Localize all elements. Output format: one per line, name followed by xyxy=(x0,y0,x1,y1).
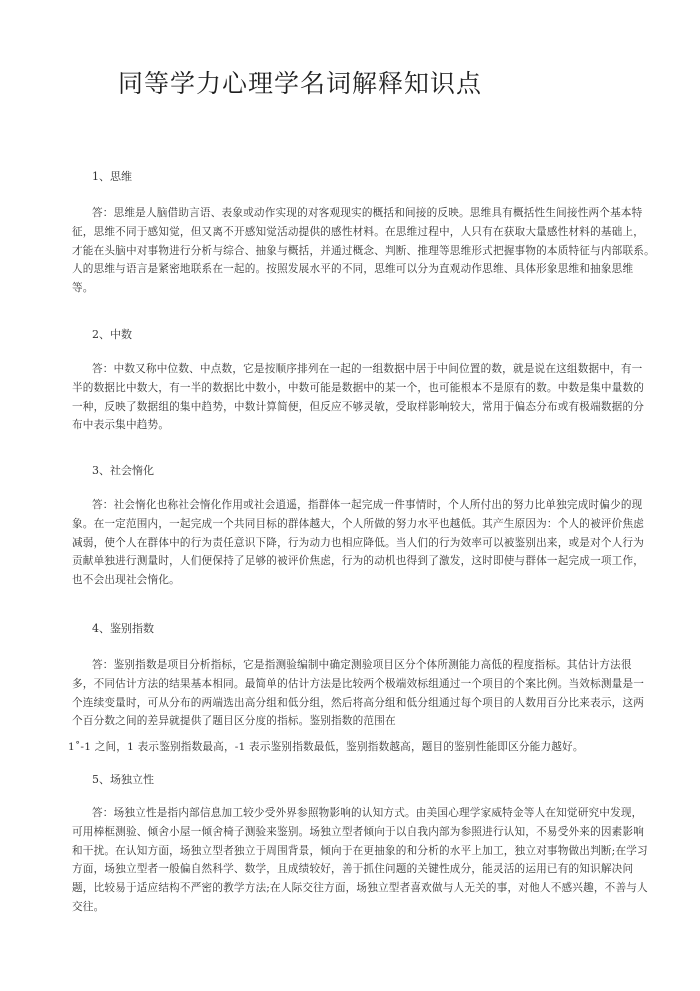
section-heading-field-independence: 5、场独立性 xyxy=(92,771,154,787)
section-body-social-loafing: 答：社会惰化也称社会惰化作用或社会逍遥，指群体一起完成一件事情时，个人所付出的努… xyxy=(72,496,650,590)
section-body-discrimination-index-tail: 1˚-1 之间，1 表示鉴别指数最高，-1 表示鉴别指数最低，鉴别指数越高，题目… xyxy=(68,738,646,757)
document-title: 同等学力心理学名词解释知识点 xyxy=(118,64,482,100)
section-heading-discrimination-index: 4、鉴别指数 xyxy=(92,620,154,636)
section-heading-median: 2、中数 xyxy=(92,326,132,342)
section-body-thinking: 答：思维是人脑借助言语、表象或动作实现的对客观现实的概括和间接的反映。思维具有概… xyxy=(72,204,650,298)
section-body-field-independence: 答：场独立性是指内部信息加工较少受外界参照物影响的认知方式。由美国心理学家威特金… xyxy=(72,804,650,917)
section-heading-thinking: 1、思维 xyxy=(92,168,132,184)
section-body-median: 答：中数又称中位数、中点数，它是按顺序排列在一起的一组数据中居于中间位置的数，就… xyxy=(72,360,650,435)
section-heading-social-loafing: 3、社会惰化 xyxy=(92,462,154,478)
section-body-discrimination-index: 答：鉴别指数是项目分析指标，它是指测验编制中确定测验项目区分个体所测能力高低的程… xyxy=(72,656,650,731)
